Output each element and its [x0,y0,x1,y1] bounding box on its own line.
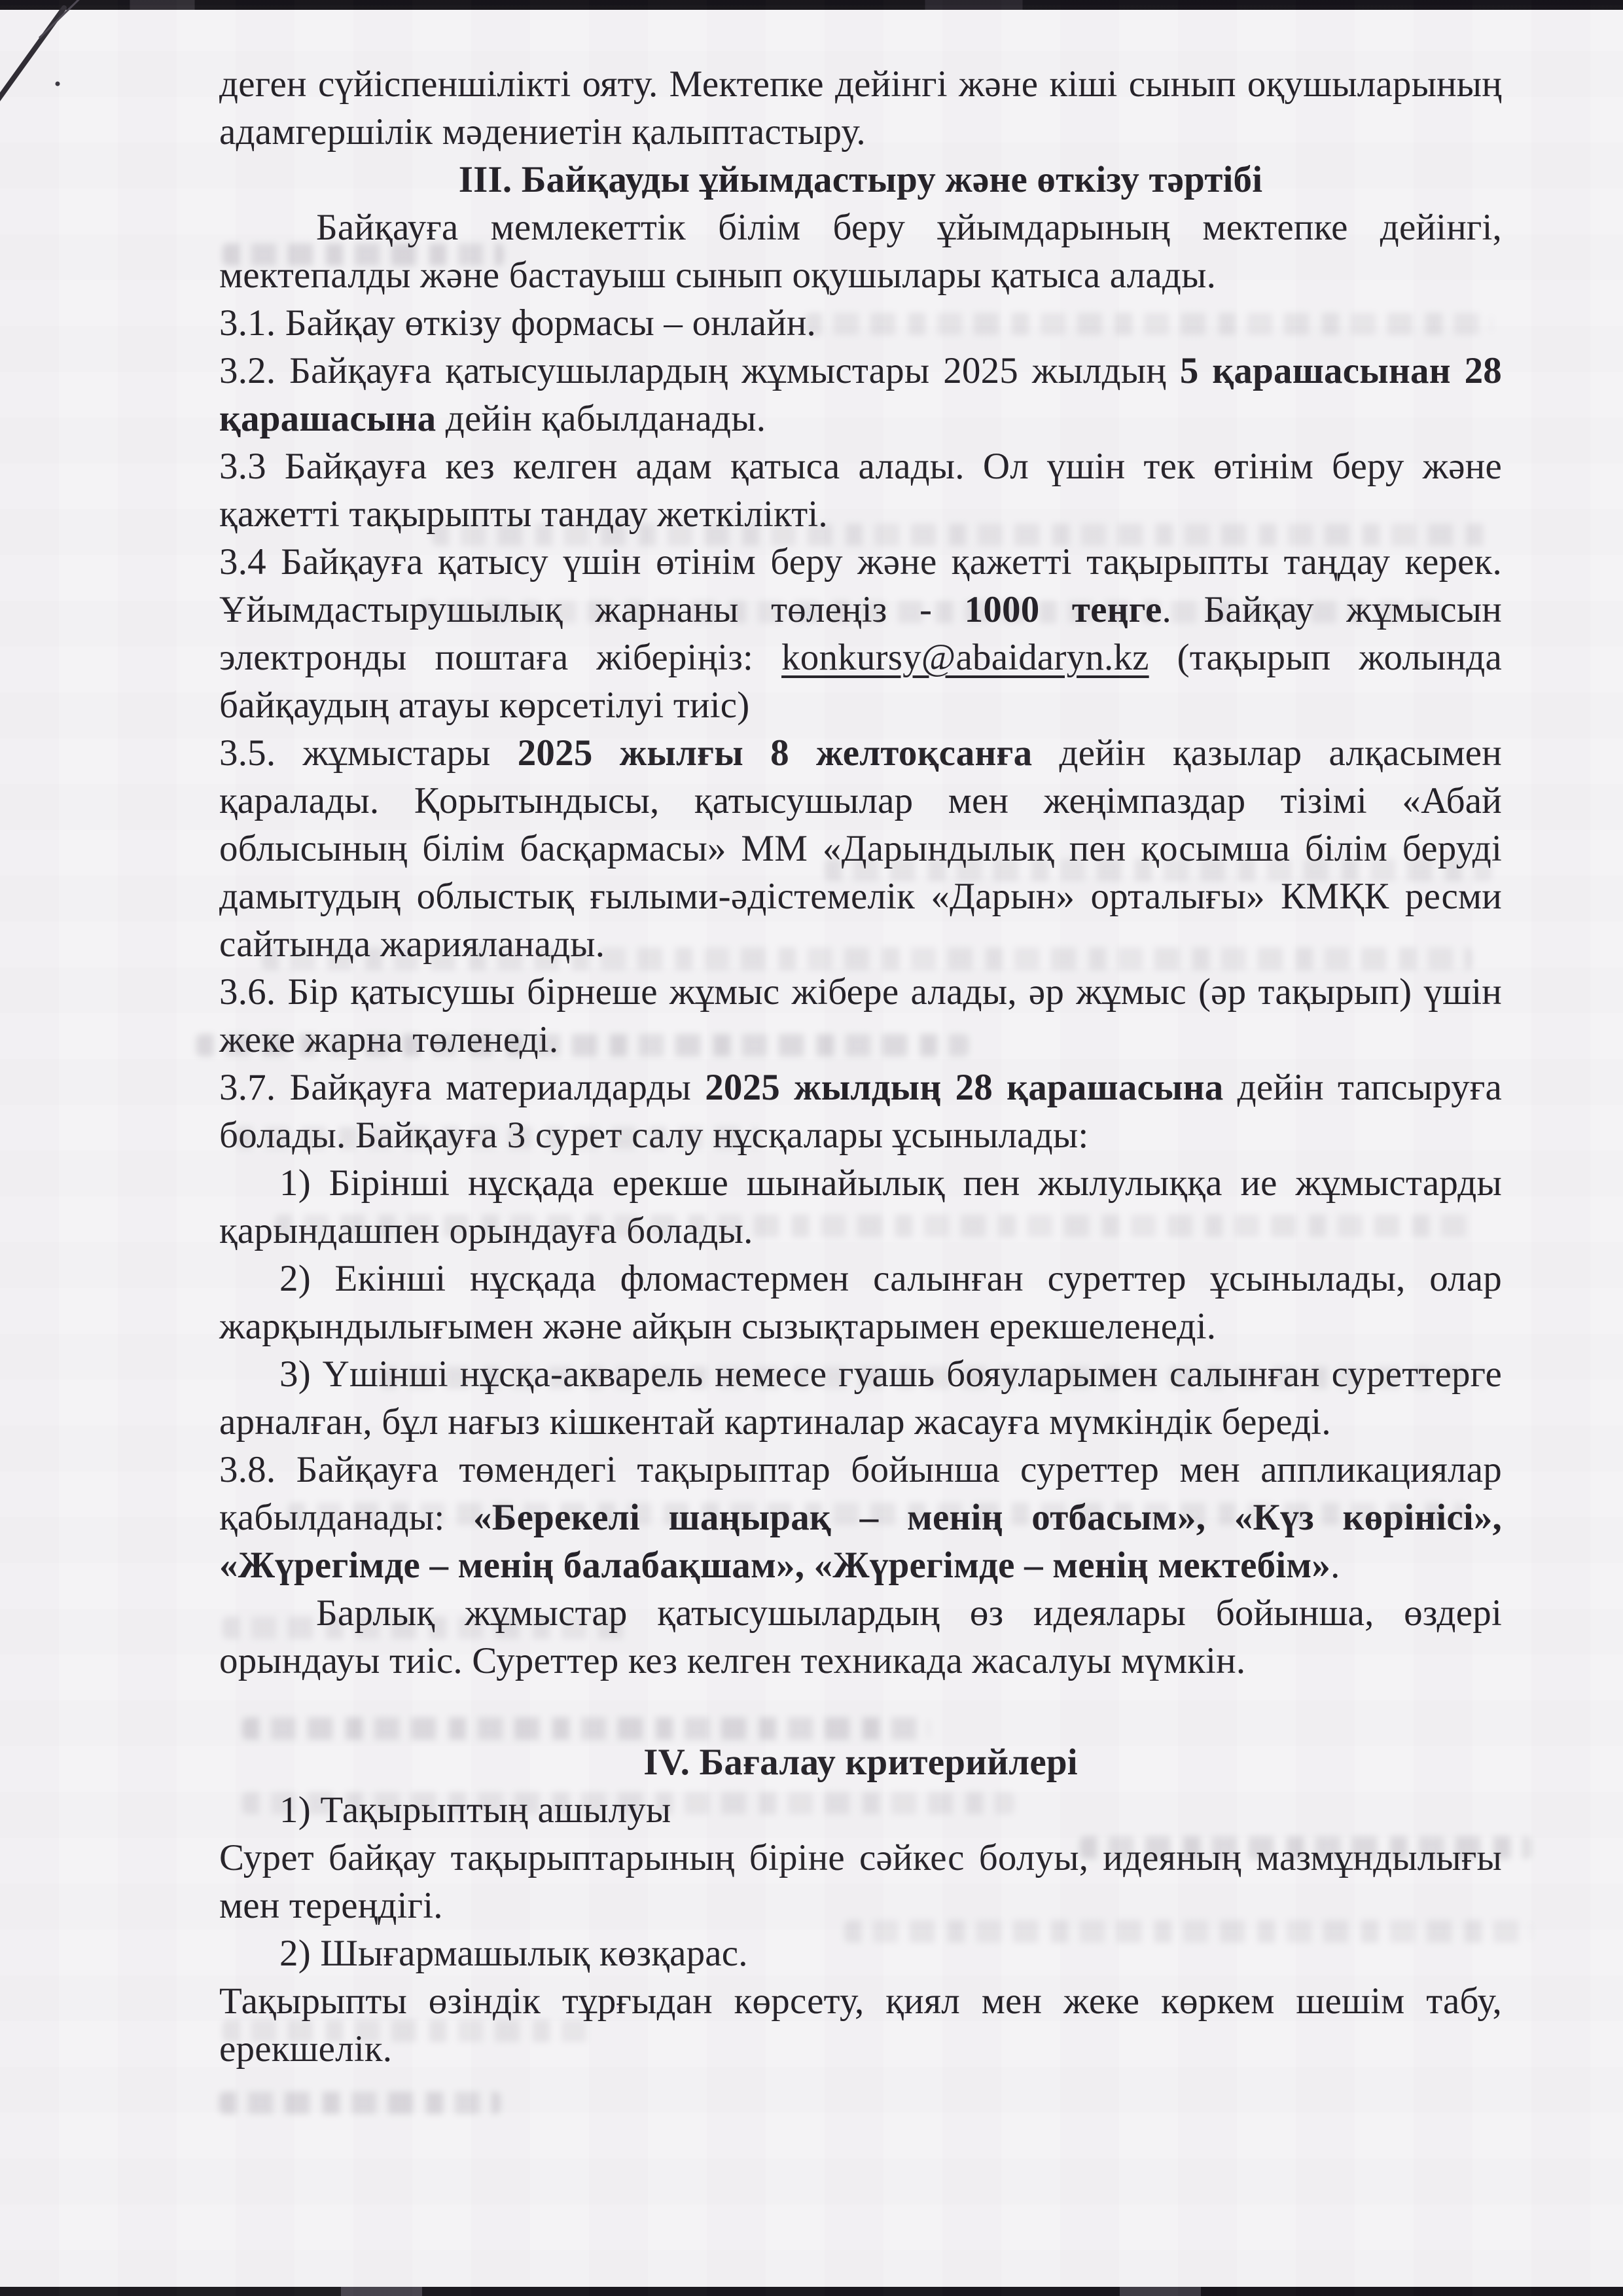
section-4-heading: IV. Бағалау критерийлері [219,1738,1502,1786]
clause-3-6: 3.6. Бір қатысушы бірнеше жұмыс жібере а… [219,968,1502,1064]
bleed-through-artifact [219,2092,501,2114]
text-run: 3.1. Байқау өткізу формасы – онлайн. [219,302,816,344]
text-run: 3) Үшінші нұсқа-акварель немесе гуашь бо… [219,1354,1502,1443]
scan-edge-bottom [0,2287,1623,2296]
text-run: 2) Шығармашылық көзқарас. [279,1933,748,1974]
clause-3-8: 3.8. Байқауға төмендегі тақырыптар бойын… [219,1446,1502,1589]
heading-text: IV. Бағалау критерийлері [643,1742,1078,1783]
text-run: . [1330,1545,1340,1586]
text-run: 2) Екінші нұсқада фломастермен салынған … [219,1258,1502,1347]
paragraph-own-ideas: Барлық жұмыстар қатысушылардың өз идеяла… [219,1589,1502,1685]
criterion-1-title: 1) Тақырыптың ашылуы [219,1786,1502,1834]
text-run: Байқауға мемлекеттік білім беру ұйымдары… [219,207,1502,296]
text-run: 3.3 Байқауға кез келген адам қатыса алад… [219,446,1502,535]
scanned-document-page: деген сүйіспеншілікті ояту. Мектепке дей… [0,0,1623,2296]
text-run: 3.5. жұмыстары [219,732,518,774]
text-run: 3.6. Бір қатысушы бірнеше жұмыс жібере а… [219,971,1502,1060]
section-3-heading: III. Байқауды ұйымдастыру және өткізу тә… [219,156,1502,204]
text-run: 1) Тақырыптың ашылуы [279,1789,671,1831]
text-run: 3.7. Байқауға материалдарды [219,1067,705,1108]
bold-run-fee: 1000 теңге [965,589,1162,630]
clause-3-7: 3.7. Байқауға материалдарды 2025 жылдың … [219,1064,1502,1159]
bold-run-submit-deadline: 2025 жылдың 28 қарашасына [705,1067,1223,1108]
paragraph-continuation: деген сүйіспеншілікті ояту. Мектепке дей… [219,60,1502,156]
clause-3-1: 3.1. Байқау өткізу формасы – онлайн. [219,299,1502,347]
text-run: деген сүйіспеншілікті ояту. Мектепке дей… [219,63,1502,152]
clause-3-3: 3.3 Байқауға кез келген адам қатыса алад… [219,442,1502,538]
heading-text: III. Байқауды ұйымдастыру және өткізу тә… [459,159,1263,200]
criterion-2-description: Тақырыпты өзіндік тұрғыдан көрсету, қиял… [219,1977,1502,2073]
page-fold-crease [0,0,183,144]
criterion-1-description: Сурет байқау тақырыптарының біріне сәйке… [219,1834,1502,1929]
text-run: дейін қабылданады. [436,398,766,439]
variant-item-1: 1) Бірінші нұсқада ерекше шынайылық пен … [219,1159,1502,1255]
text-run: Барлық жұмыстар қатысушылардың өз идеяла… [219,1592,1502,1681]
text-run: Тақырыпты өзіндік тұрғыдан көрсету, қиял… [219,1981,1502,2070]
document-body: деген сүйіспеншілікті ояту. Мектепке дей… [219,60,1502,2073]
bold-run-deadline: 2025 жылғы 8 желтоқсанға [518,732,1033,774]
criterion-2-title: 2) Шығармашылық көзқарас. [219,1929,1502,1977]
variant-item-3: 3) Үшінші нұсқа-акварель немесе гуашь бо… [219,1350,1502,1446]
text-run: 1) Бірінші нұсқада ерекше шынайылық пен … [219,1162,1502,1251]
paragraph-participants: Байқауға мемлекеттік білім беру ұйымдары… [219,204,1502,299]
variant-item-2: 2) Екінші нұсқада фломастермен салынған … [219,1255,1502,1350]
clause-3-4: 3.4 Байқауға қатысу үшін өтінім беру жән… [219,538,1502,729]
clause-3-2: 3.2. Байқауға қатысушылардың жұмыстары 2… [219,347,1502,442]
text-run: Сурет байқау тақырыптарының біріне сәйке… [219,1837,1502,1926]
clause-3-5: 3.5. жұмыстары 2025 жылғы 8 желтоқсанға … [219,729,1502,968]
text-run: 3.2. Байқауға қатысушылардың жұмыстары 2… [219,350,1180,391]
email-link: konkursy@abaidaryn.kz [781,637,1149,678]
scan-edge-top [0,0,1623,10]
